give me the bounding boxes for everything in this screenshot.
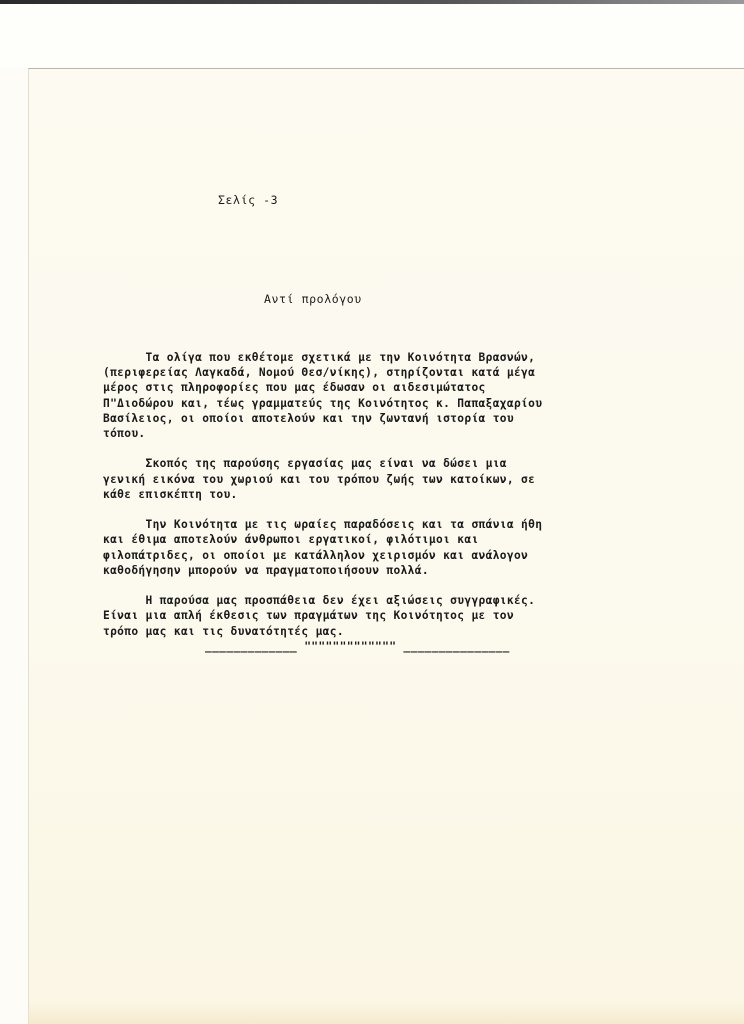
text-line: Βασίλειος, οι οποίοι αποτελούν και την ζ…: [103, 411, 663, 426]
body-text: Τα ολίγα που εκθέτομε σχετικά με την Κοι…: [103, 350, 663, 654]
text-line: (περιφερείας Λαγκαδά, Νομού Θεσ/νίκης), …: [103, 365, 663, 380]
text-line: γενική εικόνα του χωριού και του τρόπου …: [103, 472, 663, 487]
text-line: τρόπο μας και τις δυνατότητές μας.: [103, 624, 663, 639]
text-line: Π"Διοδώρου και, τέως γραμματεύς της Κοιν…: [103, 396, 663, 411]
text-line: Σκοπός της παρούσης εργασίας μας είναι ν…: [103, 456, 663, 471]
page-number: Σελίς -3: [218, 193, 278, 207]
paragraph-4: Η παρούσα μας προσπάθεια δεν έχει αξιώσε…: [103, 593, 663, 639]
paragraph-1: Τα ολίγα που εκθέτομε σχετικά με την Κοι…: [103, 350, 663, 441]
section-heading: Αντί προλόγου: [264, 292, 362, 306]
text-line: και έθιμα αποτελούν άνθρωποι εργατικοί, …: [103, 532, 663, 547]
text-line: Την Κοινότητα με τις ωραίες παραδόσεις κ…: [103, 517, 663, 532]
paragraph-3: Την Κοινότητα με τις ωραίες παραδόσεις κ…: [103, 517, 663, 578]
text-line: Είναι μια απλή έκθεσις των πραγμάτων της…: [103, 608, 663, 623]
text-line: Τα ολίγα που εκθέτομε σχετικά με την Κοι…: [103, 350, 663, 365]
text-line: Η παρούσα μας προσπάθεια δεν έχει αξιώσε…: [103, 593, 663, 608]
paper-stain: [28, 1002, 744, 1024]
paragraph-2: Σκοπός της παρούσης εργασίας μας είναι ν…: [103, 456, 663, 502]
text-line: κάθε επισκέπτη του.: [103, 487, 663, 502]
text-line: τόπου.: [103, 426, 663, 441]
scan-margin: [0, 4, 744, 68]
text-line: μέρος στις πληροφορίες που μας έδωσαν οι…: [103, 380, 663, 395]
text-line: καθοδήγησην μπορούν να πραγματοποιήσουν …: [103, 563, 663, 578]
separator-line: _____________ """"""""""""" ____________…: [205, 640, 510, 653]
text-line: φιλοπάτριδες, οι οποίοι με κατάλληλον χε…: [103, 548, 663, 563]
